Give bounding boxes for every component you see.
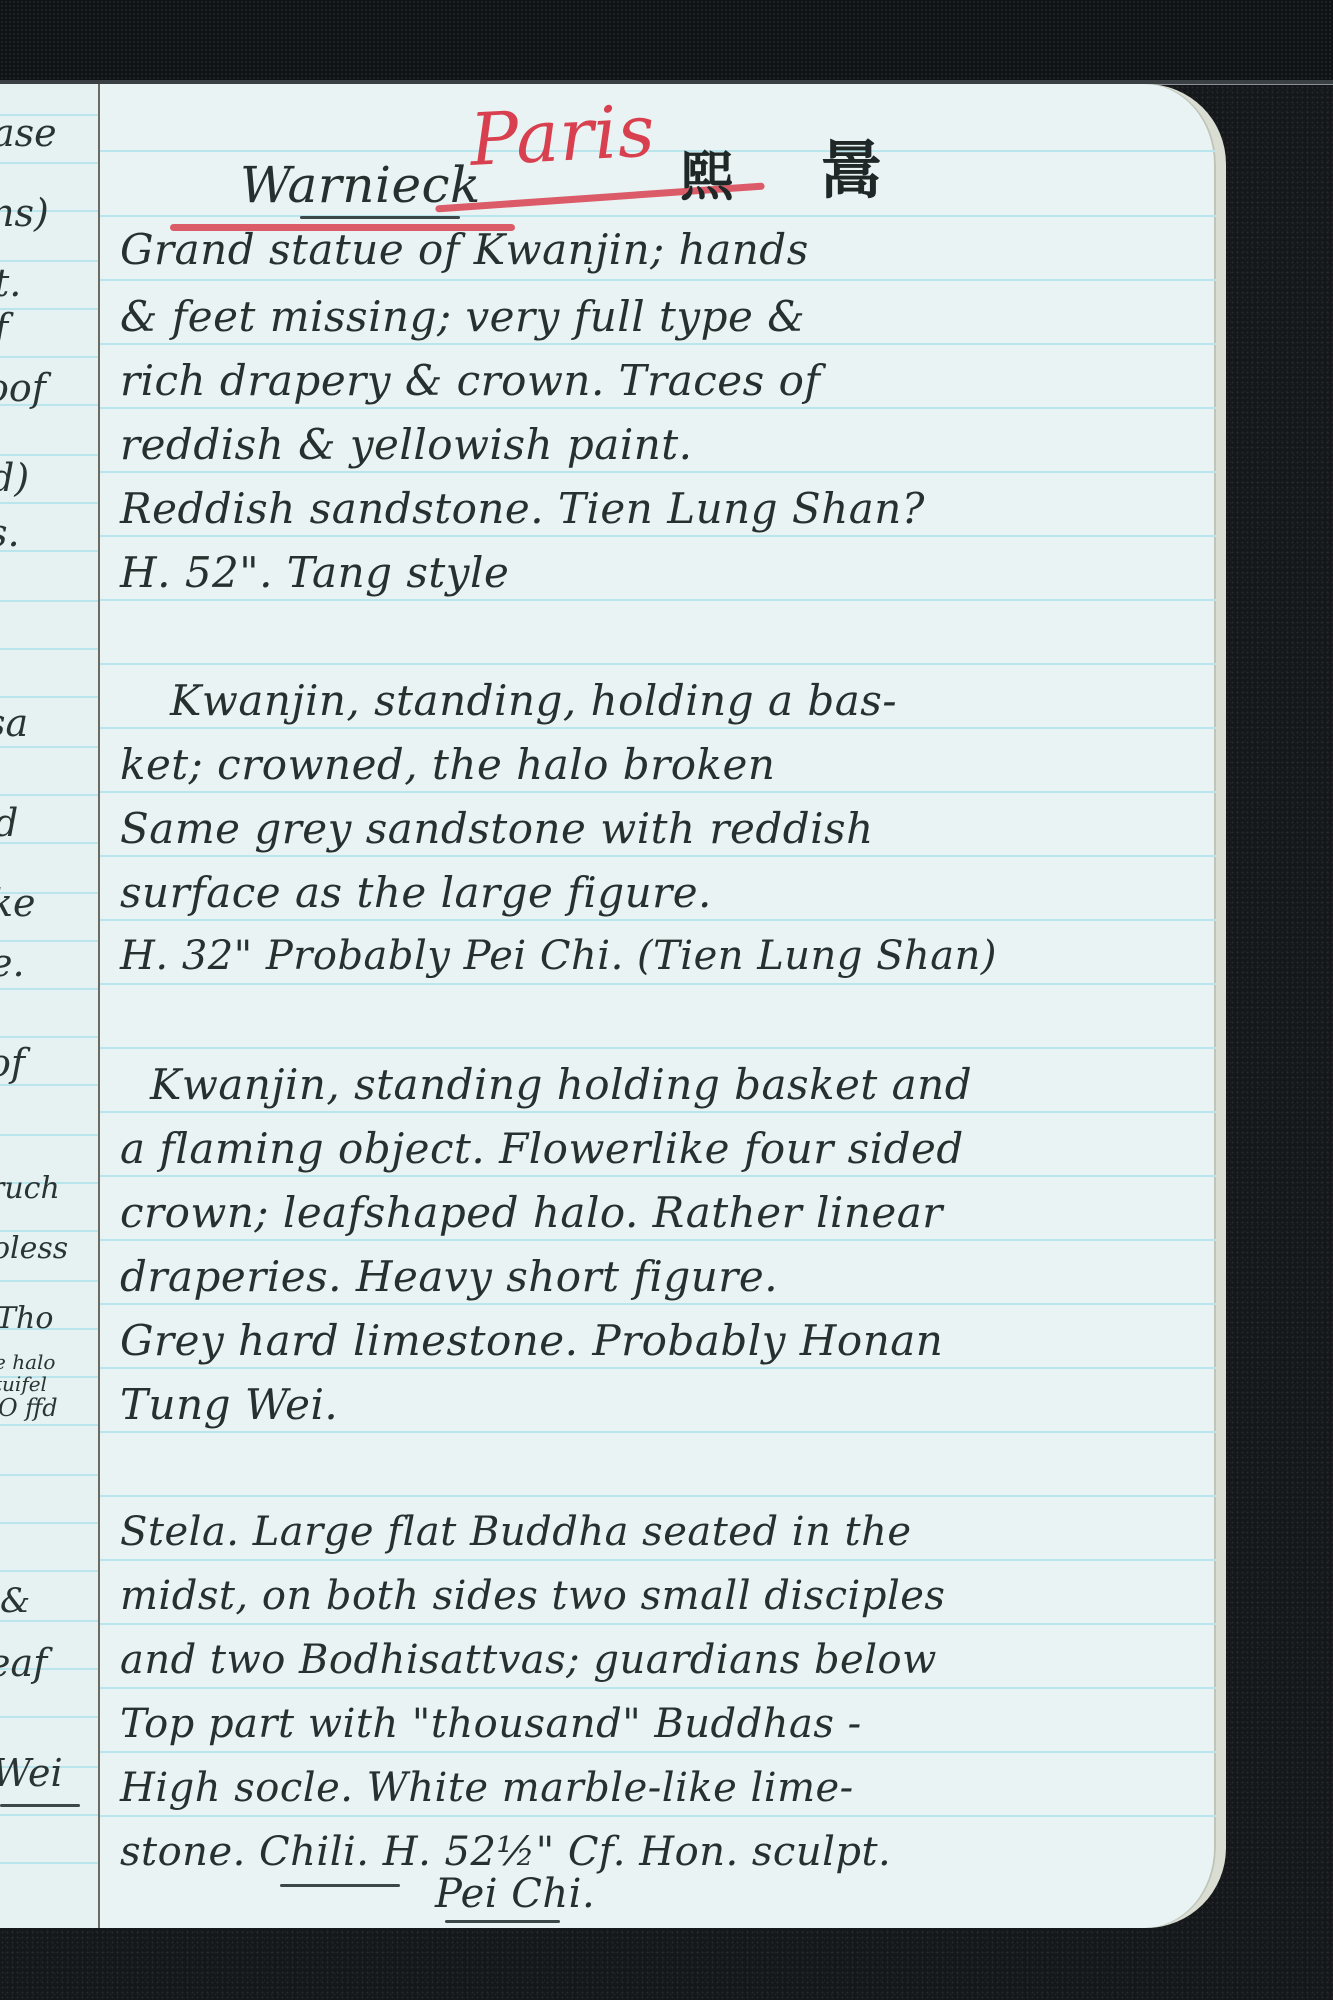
entry-3-line-1: Kwanjin, standing holding basket and [150,1064,972,1106]
entry-4-line-7: Pei Chi. [435,1874,595,1914]
rule-line [100,1367,1216,1369]
left-fragment: ruch [0,1174,60,1204]
left-fragment: O ffd [0,1396,58,1420]
rule-line [0,696,98,698]
entry-1-line-1: Grand statue of Kwanjin; hands [120,229,809,271]
entry-2-line-3: Same grey sandstone with reddish [120,808,874,850]
left-fragment: f [0,309,8,347]
rule-line [100,1239,1216,1241]
entry-4-line-1: Stela. Large flat Buddha seated in the [120,1512,912,1552]
entry-2-line-1: Kwanjin, standing, holding a bas- [170,680,897,722]
rule-line [100,1111,1216,1113]
rule-line [0,1134,98,1136]
rule-line [100,599,1216,601]
rule-line [100,1815,1216,1817]
rule-line [100,919,1216,921]
left-fragment: ns) [0,194,49,232]
rule-line [100,1559,1216,1561]
rule-line [100,1687,1216,1689]
entry-3-line-4: draperies. Heavy short figure. [120,1256,778,1298]
rule-line [100,727,1216,729]
entry-4-line-2: midst, on both sides two small disciples [120,1576,945,1616]
location-red-label: Paris [468,94,657,176]
left-fragment: e halo [0,1352,55,1372]
entry-1-line-3: rich drapery & crown. Traces of [120,360,820,402]
left-fragment: & [0,1584,30,1618]
rule-line [100,1431,1216,1433]
chinese-char-1: 熙 [680,150,735,204]
entry-2-line-2: ket; crowned, the halo broken [120,744,775,786]
rule-line [100,535,1216,537]
left-fragment: sa [0,704,28,742]
entry-1-line-4: reddish & yellowish paint. [120,424,693,466]
rule-line [0,1814,98,1816]
entry-3-line-2: a flaming object. Flowerlike four sided [120,1128,964,1170]
rule-line [0,1570,98,1572]
entry-4-line-6: stone. Chili. H. 52½" Cf. Hon. sculpt. [120,1832,891,1872]
rule-line [0,988,98,990]
left-page: ase ns) t. f oof d) s. sa d ke e. of ruc… [0,84,100,1928]
rule-line [100,1303,1216,1305]
rule-line [100,791,1216,793]
chili-underline [280,1884,400,1887]
left-fragment: of [0,1044,25,1082]
entry-2-line-5: H. 32" Probably Pei Chi. (Tien Lung Shan… [120,936,997,976]
left-fragment: d [0,804,18,842]
left-fragment-underline [0,1804,80,1807]
rule-line [0,1280,98,1282]
left-fragment: Wei [0,1754,63,1792]
entry-1-line-2: & feet missing; very full type & [120,296,805,338]
left-fragment: ke [0,884,36,922]
entry-1-line-5: Reddish sandstone. Tien Lung Shan? [120,488,925,530]
rule-line [0,1036,98,1038]
left-fragment: tuifel [0,1374,47,1394]
collection-name: Warnieck [240,160,481,210]
rule-line [0,308,98,310]
left-fragment: oof [0,369,46,407]
left-fragment: t. [0,264,21,302]
left-fragment: oless [0,1234,68,1264]
rule-line [100,343,1216,345]
rule-line [100,1751,1216,1753]
collection-ink-underline [300,216,460,219]
left-fragment: e. [0,944,25,982]
notebook-page: Warnieck Paris 熙 暠 Grand statue of Kwanj… [100,84,1226,1928]
entry-2-line-4: surface as the large figure. [120,872,712,914]
rule-line [100,1047,1216,1049]
entry-3-line-6: Tung Wei. [120,1384,338,1426]
left-fragment: Tho [0,1304,53,1334]
rule-line [100,1623,1216,1625]
rule-line [100,855,1216,857]
rule-line [100,1175,1216,1177]
left-fragment: d) [0,459,29,497]
rule-line [0,1862,98,1864]
entry-1-line-6: H. 52". Tang style [120,552,509,594]
rule-line [100,471,1216,473]
entry-3-line-3: crown; leafshaped halo. Rather linear [120,1192,943,1234]
left-fragment: ase [0,114,57,152]
rule-line [0,794,98,796]
scan-background-top [0,0,1333,84]
entry-3-line-5: Grey hard limestone. Probably Honan [120,1320,943,1362]
rule-line [0,1424,98,1426]
rule-line [0,502,98,504]
rule-line [0,746,98,748]
rule-line [100,1495,1216,1497]
entry-4-line-5: High socle. White marble-like lime- [120,1768,854,1808]
rule-line [0,356,98,358]
rule-line [0,1474,98,1476]
rule-line [0,162,98,164]
left-fragment: eaf [0,1644,47,1682]
rule-line [0,648,98,650]
rule-line [100,279,1216,281]
entry-4-line-3: and two Bodhisattvas; guardians below [120,1640,937,1680]
rule-line [100,407,1216,409]
rule-line [0,1716,98,1718]
pei-chi-underline [445,1920,560,1923]
rule-line [0,600,98,602]
rule-line [100,150,1216,152]
chinese-char-2: 暠 [820,140,883,202]
rule-line [100,663,1216,665]
rule-line [0,1522,98,1524]
rule-line [100,215,1216,217]
rule-line [100,983,1216,985]
left-fragment: s. [0,514,20,552]
entry-4-line-4: Top part with "thousand" Buddhas - [120,1704,862,1744]
